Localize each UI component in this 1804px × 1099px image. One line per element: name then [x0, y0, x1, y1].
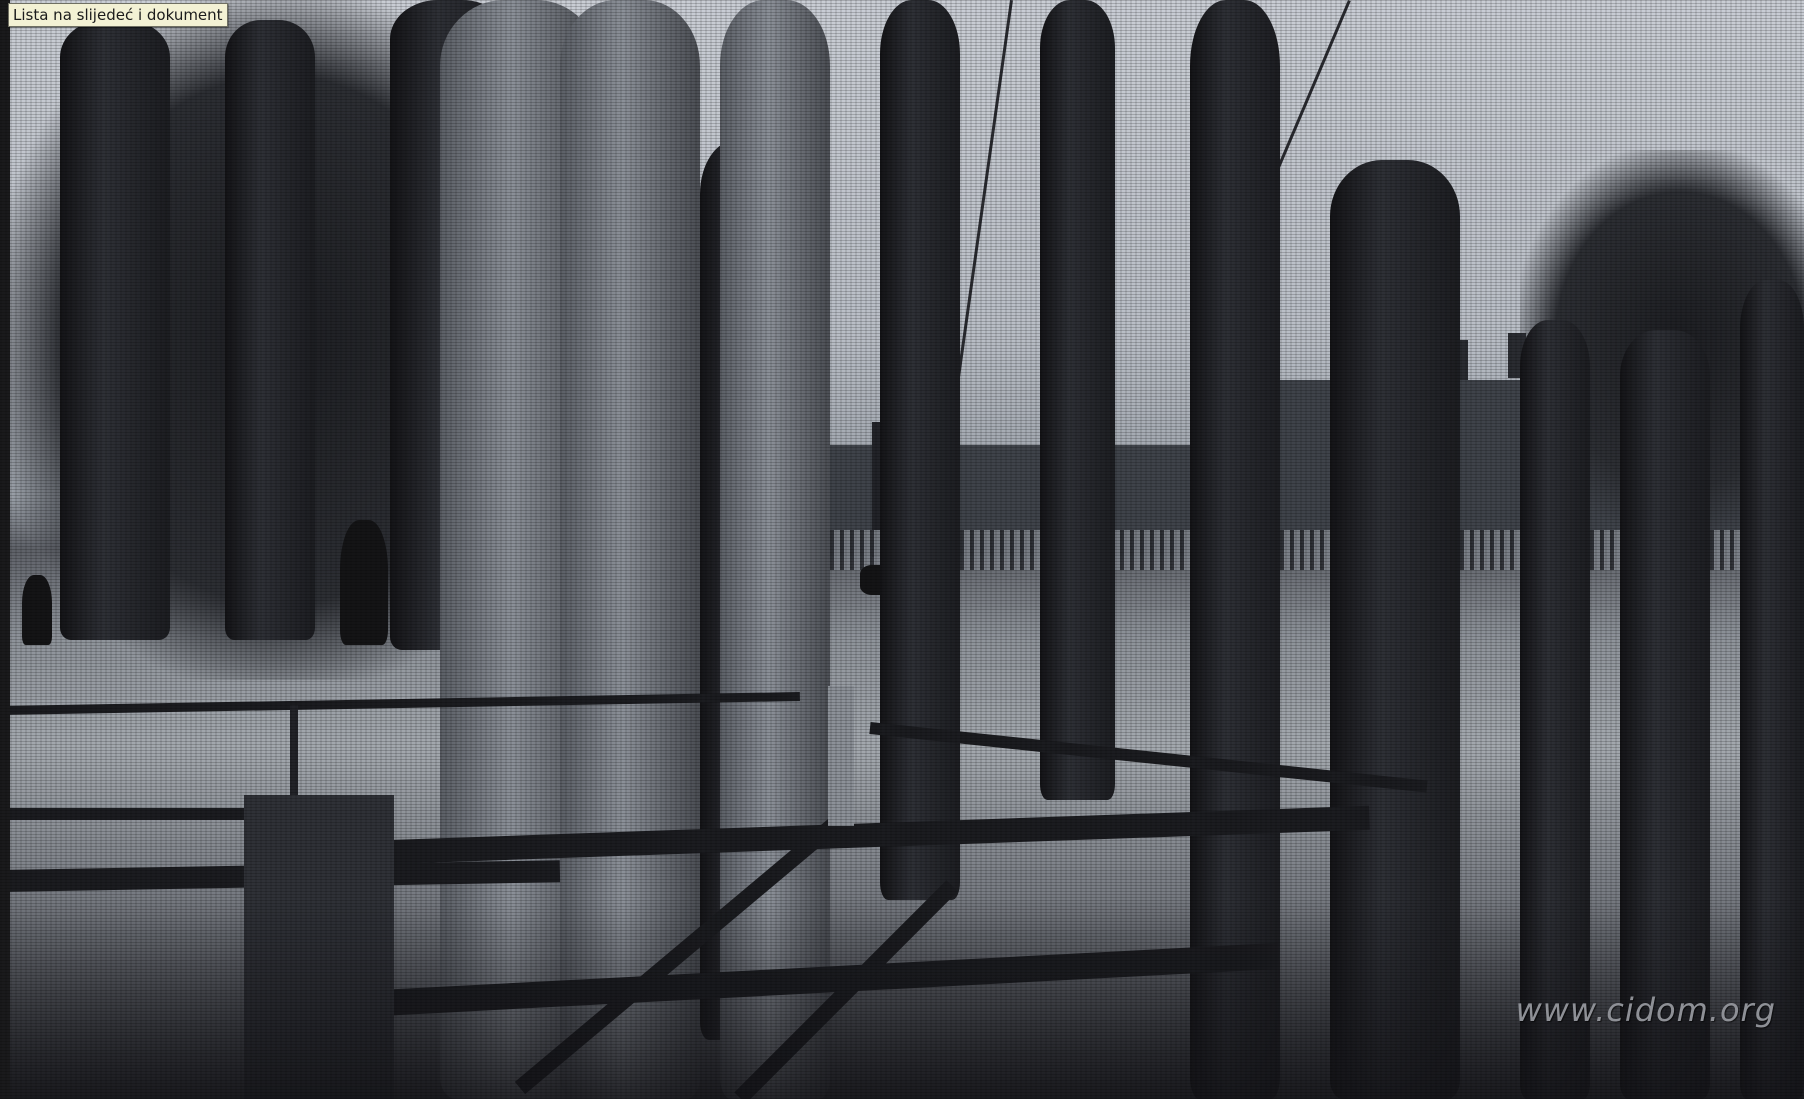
railing-post: [290, 705, 298, 800]
photo-border: [0, 0, 10, 1099]
utility-wire: [957, 0, 1013, 377]
tree-trunk: [225, 20, 315, 640]
bridge-railing: [0, 808, 280, 820]
historical-photograph: www.cidom.org: [0, 0, 1804, 1099]
tree-trunk: [880, 0, 960, 900]
tree-trunk: [1040, 0, 1115, 800]
watermark: www.cidom.org: [1516, 991, 1776, 1029]
tree-trunk: [60, 20, 170, 640]
pedestrian-figure: [22, 575, 52, 645]
pedestrian-figure: [340, 520, 388, 645]
railing-post: [828, 686, 854, 826]
tooltip: Lista na slijedeć i dokument: [8, 3, 228, 27]
